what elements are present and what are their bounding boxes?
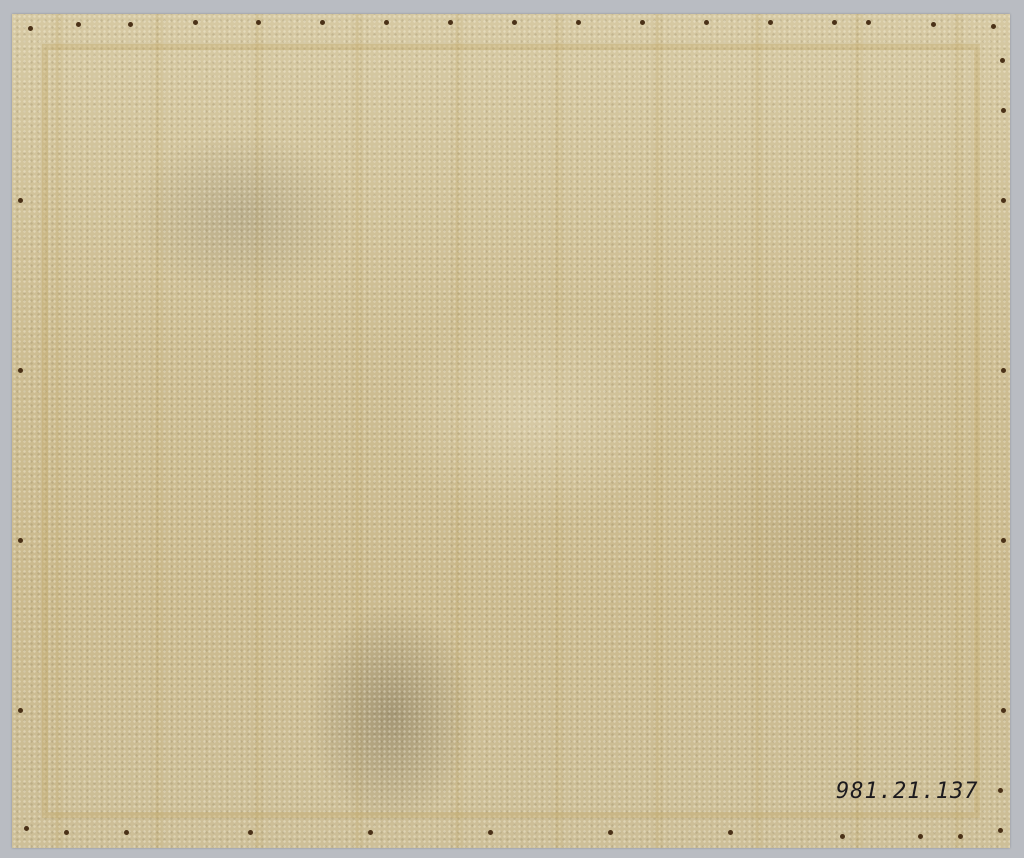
tack-hole [512, 20, 517, 25]
faded-border-stain [42, 44, 980, 818]
tack-hole [1001, 368, 1006, 373]
inventory-number: 981.21.137 [836, 779, 978, 804]
tack-hole [488, 830, 493, 835]
tack-hole [998, 828, 1003, 833]
tack-hole [18, 368, 23, 373]
tack-hole [918, 834, 923, 839]
tack-hole [931, 22, 936, 27]
tack-hole [998, 788, 1003, 793]
tack-hole [24, 826, 29, 831]
tack-hole [991, 24, 996, 29]
tack-hole [840, 834, 845, 839]
tack-hole [256, 20, 261, 25]
tack-hole [64, 830, 69, 835]
tack-hole [248, 830, 253, 835]
tack-hole [728, 830, 733, 835]
tack-hole [608, 830, 613, 835]
tack-hole [320, 20, 325, 25]
tack-hole [448, 20, 453, 25]
tack-hole [576, 20, 581, 25]
tack-hole [1001, 108, 1006, 113]
tack-hole [193, 20, 198, 25]
tack-hole [640, 20, 645, 25]
tack-hole [128, 22, 133, 27]
tack-hole [18, 198, 23, 203]
tack-hole [1001, 198, 1006, 203]
tack-hole [76, 22, 81, 27]
tack-hole [768, 20, 773, 25]
tack-hole [1001, 538, 1006, 543]
tack-hole [866, 20, 871, 25]
tack-hole [1000, 58, 1005, 63]
tack-hole [28, 26, 33, 31]
tack-hole [832, 20, 837, 25]
tack-hole [368, 830, 373, 835]
tack-hole [18, 538, 23, 543]
tack-hole [704, 20, 709, 25]
tack-hole [18, 708, 23, 713]
tack-hole [384, 20, 389, 25]
tack-hole [124, 830, 129, 835]
tack-hole [1001, 708, 1006, 713]
aged-paper-sheet [12, 14, 1010, 848]
tack-hole [958, 834, 963, 839]
